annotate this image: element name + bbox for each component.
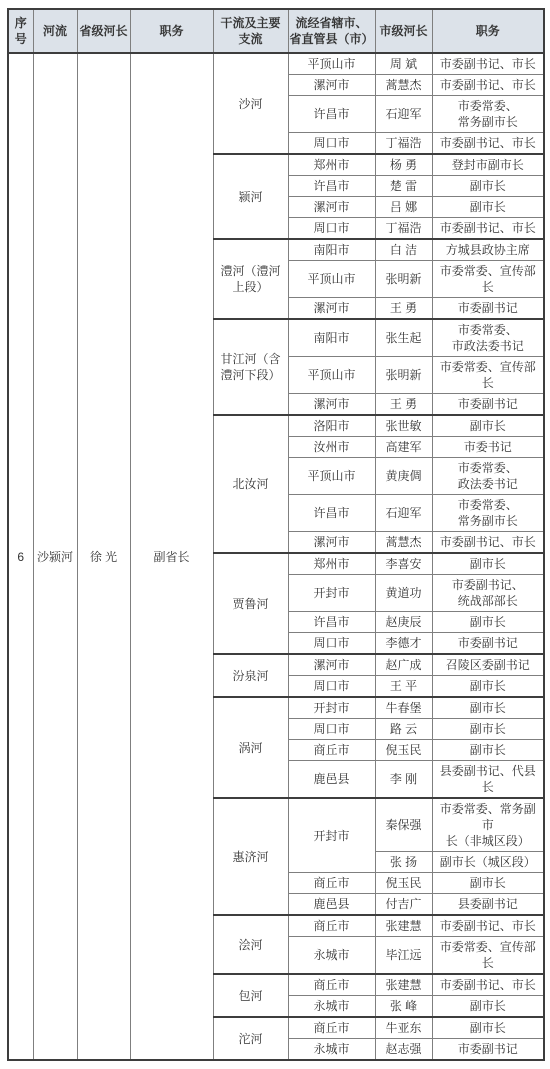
city-cell: 商丘市 bbox=[288, 873, 375, 894]
city-chief-cell: 秦保强 bbox=[375, 798, 432, 852]
city-chief-cell: 张明新 bbox=[375, 357, 432, 394]
city-chief-cell: 蒿慧杰 bbox=[375, 532, 432, 554]
city-chief-cell: 赵志强 bbox=[375, 1039, 432, 1061]
city-title-cell: 副市长 bbox=[432, 1017, 544, 1039]
city-cell: 平顶山市 bbox=[288, 53, 375, 75]
city-cell: 洛阳市 bbox=[288, 415, 375, 437]
city-chief-cell: 张 峰 bbox=[375, 996, 432, 1018]
city-cell: 平顶山市 bbox=[288, 261, 375, 298]
city-cell: 周口市 bbox=[288, 676, 375, 698]
tributary-cell: 浍河 bbox=[213, 915, 288, 974]
city-cell: 商丘市 bbox=[288, 915, 375, 937]
city-chief-cell: 张生起 bbox=[375, 319, 432, 357]
city-title-cell: 市委常委、 政法委书记 bbox=[432, 458, 544, 495]
tributary-cell: 沙河 bbox=[213, 53, 288, 154]
city-title-cell: 副市长 bbox=[432, 719, 544, 740]
river-chiefs-table: 序号 河流 省级河长 职务 干流及主要 支流 流经省辖市、 省直管县（市） 市级… bbox=[7, 8, 545, 1061]
city-title-cell: 县委副书记、代县长 bbox=[432, 761, 544, 799]
city-cell: 漯河市 bbox=[288, 75, 375, 96]
city-cell: 周口市 bbox=[288, 133, 375, 155]
city-chief-cell: 周 斌 bbox=[375, 53, 432, 75]
city-chief-cell: 赵广成 bbox=[375, 654, 432, 676]
city-title-cell: 市委书记 bbox=[432, 437, 544, 458]
city-title-cell: 市委常委、宣传部长 bbox=[432, 357, 544, 394]
city-chief-cell: 石迎军 bbox=[375, 96, 432, 133]
city-title-cell: 县委副书记 bbox=[432, 894, 544, 916]
city-chief-cell: 张建慧 bbox=[375, 974, 432, 996]
tributary-cell: 甘江河（含 澧河下段） bbox=[213, 319, 288, 415]
tributary-cell: 贾鲁河 bbox=[213, 553, 288, 654]
city-cell: 漯河市 bbox=[288, 298, 375, 320]
city-title-cell: 市委副书记、市长 bbox=[432, 915, 544, 937]
city-cell: 周口市 bbox=[288, 633, 375, 655]
table-header: 序号 河流 省级河长 职务 干流及主要 支流 流经省辖市、 省直管县（市） 市级… bbox=[8, 9, 544, 53]
city-title-cell: 市委副书记、市长 bbox=[432, 532, 544, 554]
city-chief-cell: 张明新 bbox=[375, 261, 432, 298]
table-row: 6沙颍河徐 光副省长沙河平顶山市周 斌市委副书记、市长 bbox=[8, 53, 544, 75]
city-title-cell: 市委常委、宣传部长 bbox=[432, 261, 544, 298]
city-cell: 商丘市 bbox=[288, 1017, 375, 1039]
city-chief-cell: 赵庚辰 bbox=[375, 612, 432, 633]
city-cell: 开封市 bbox=[288, 575, 375, 612]
city-chief-cell: 路 云 bbox=[375, 719, 432, 740]
city-chief-cell: 李喜安 bbox=[375, 553, 432, 575]
city-title-cell: 市委常委、 常务副市长 bbox=[432, 96, 544, 133]
city-chief-cell: 黄庚倜 bbox=[375, 458, 432, 495]
header-row: 序号 河流 省级河长 职务 干流及主要 支流 流经省辖市、 省直管县（市） 市级… bbox=[8, 9, 544, 53]
city-chief-cell: 王 勇 bbox=[375, 394, 432, 416]
city-title-cell: 市委副书记、市长 bbox=[432, 974, 544, 996]
city-cell: 鹿邑县 bbox=[288, 761, 375, 799]
city-cell: 周口市 bbox=[288, 218, 375, 240]
city-chief-cell: 张世敏 bbox=[375, 415, 432, 437]
document-table-container: 序号 河流 省级河长 职务 干流及主要 支流 流经省辖市、 省直管县（市） 市级… bbox=[0, 0, 550, 1069]
city-chief-cell: 高建军 bbox=[375, 437, 432, 458]
city-cell: 南阳市 bbox=[288, 239, 375, 261]
city-title-cell: 副市长 bbox=[432, 176, 544, 197]
tributary-cell: 涡河 bbox=[213, 697, 288, 798]
city-title-cell: 市委副书记 bbox=[432, 298, 544, 320]
tributary-cell: 澧河（澧河 上段） bbox=[213, 239, 288, 319]
city-title-cell: 副市长 bbox=[432, 612, 544, 633]
city-cell: 周口市 bbox=[288, 719, 375, 740]
city-cell: 鹿邑县 bbox=[288, 894, 375, 916]
city-cell: 平顶山市 bbox=[288, 357, 375, 394]
city-title-cell: 副市长 bbox=[432, 996, 544, 1018]
city-cell: 漯河市 bbox=[288, 394, 375, 416]
tributary-cell: 包河 bbox=[213, 974, 288, 1017]
col-header-provincial-title: 职务 bbox=[130, 9, 213, 53]
city-chief-cell: 付吉广 bbox=[375, 894, 432, 916]
city-cell: 许昌市 bbox=[288, 612, 375, 633]
city-chief-cell: 石迎军 bbox=[375, 495, 432, 532]
city-cell: 永城市 bbox=[288, 996, 375, 1018]
city-chief-cell: 李 刚 bbox=[375, 761, 432, 799]
provincial-chief-cell: 徐 光 bbox=[77, 53, 130, 1060]
tributary-cell: 颍河 bbox=[213, 154, 288, 239]
city-title-cell: 副市长 bbox=[432, 740, 544, 761]
city-title-cell: 市委常委、宣传部长 bbox=[432, 937, 544, 975]
city-chief-cell: 楚 雷 bbox=[375, 176, 432, 197]
city-title-cell: 副市长（城区段） bbox=[432, 852, 544, 873]
city-cell: 漯河市 bbox=[288, 654, 375, 676]
provincial-title-cell: 副省长 bbox=[130, 53, 213, 1060]
city-cell: 南阳市 bbox=[288, 319, 375, 357]
city-cell: 商丘市 bbox=[288, 974, 375, 996]
city-cell: 永城市 bbox=[288, 937, 375, 975]
city-title-cell: 副市长 bbox=[432, 197, 544, 218]
city-title-cell: 市委常委、 市政法委书记 bbox=[432, 319, 544, 357]
col-header-seq: 序号 bbox=[8, 9, 33, 53]
tributary-cell: 北汝河 bbox=[213, 415, 288, 553]
city-cell: 许昌市 bbox=[288, 495, 375, 532]
city-chief-cell: 杨 勇 bbox=[375, 154, 432, 176]
city-chief-cell: 倪玉民 bbox=[375, 873, 432, 894]
city-cell: 平顶山市 bbox=[288, 458, 375, 495]
city-title-cell: 市委副书记、市长 bbox=[432, 75, 544, 96]
tributary-cell: 汾泉河 bbox=[213, 654, 288, 697]
city-chief-cell: 张建慧 bbox=[375, 915, 432, 937]
col-header-city: 流经省辖市、 省直管县（市） bbox=[288, 9, 375, 53]
city-title-cell: 市委副书记、市长 bbox=[432, 218, 544, 240]
city-cell: 商丘市 bbox=[288, 740, 375, 761]
city-title-cell: 方城县政协主席 bbox=[432, 239, 544, 261]
city-title-cell: 市委副书记 bbox=[432, 1039, 544, 1061]
city-title-cell: 副市长 bbox=[432, 553, 544, 575]
city-title-cell: 召陵区委副书记 bbox=[432, 654, 544, 676]
city-chief-cell: 王 勇 bbox=[375, 298, 432, 320]
city-title-cell: 副市长 bbox=[432, 873, 544, 894]
col-header-river: 河流 bbox=[33, 9, 77, 53]
city-cell: 漯河市 bbox=[288, 197, 375, 218]
city-chief-cell: 倪玉民 bbox=[375, 740, 432, 761]
city-chief-cell: 丁福浩 bbox=[375, 218, 432, 240]
city-chief-cell: 毕江远 bbox=[375, 937, 432, 975]
city-chief-cell: 吕 娜 bbox=[375, 197, 432, 218]
city-chief-cell: 牛亚东 bbox=[375, 1017, 432, 1039]
city-title-cell: 市委副书记 bbox=[432, 394, 544, 416]
river-cell: 沙颍河 bbox=[33, 53, 77, 1060]
tributary-cell: 沱河 bbox=[213, 1017, 288, 1060]
seq-cell: 6 bbox=[8, 53, 33, 1060]
col-header-tributary: 干流及主要 支流 bbox=[213, 9, 288, 53]
city-chief-cell: 王 平 bbox=[375, 676, 432, 698]
city-cell: 漯河市 bbox=[288, 532, 375, 554]
page: { "colors": { "header_bg": "#dce2e9", "b… bbox=[0, 0, 550, 1069]
city-cell: 郑州市 bbox=[288, 553, 375, 575]
city-cell: 许昌市 bbox=[288, 96, 375, 133]
city-title-cell: 市委常委、常务副市 长（非城区段） bbox=[432, 798, 544, 852]
city-chief-cell: 蒿慧杰 bbox=[375, 75, 432, 96]
col-header-provincial-chief: 省级河长 bbox=[77, 9, 130, 53]
city-title-cell: 副市长 bbox=[432, 697, 544, 719]
city-cell: 开封市 bbox=[288, 697, 375, 719]
city-cell: 郑州市 bbox=[288, 154, 375, 176]
city-cell: 开封市 bbox=[288, 798, 375, 873]
city-title-cell: 市委副书记、市长 bbox=[432, 133, 544, 155]
city-title-cell: 副市长 bbox=[432, 676, 544, 698]
city-chief-cell: 白 洁 bbox=[375, 239, 432, 261]
city-cell: 许昌市 bbox=[288, 176, 375, 197]
col-header-city-chief: 市级河长 bbox=[375, 9, 432, 53]
city-chief-cell: 牛春堡 bbox=[375, 697, 432, 719]
city-title-cell: 市委副书记 bbox=[432, 633, 544, 655]
city-cell: 永城市 bbox=[288, 1039, 375, 1061]
table-body: 6沙颍河徐 光副省长沙河平顶山市周 斌市委副书记、市长漯河市蒿慧杰市委副书记、市… bbox=[8, 53, 544, 1060]
city-chief-cell: 李德才 bbox=[375, 633, 432, 655]
col-header-city-title: 职务 bbox=[432, 9, 544, 53]
city-chief-cell: 黄道功 bbox=[375, 575, 432, 612]
city-title-cell: 登封市副市长 bbox=[432, 154, 544, 176]
city-title-cell: 市委常委、 常务副市长 bbox=[432, 495, 544, 532]
city-title-cell: 副市长 bbox=[432, 415, 544, 437]
city-chief-cell: 张 扬 bbox=[375, 852, 432, 873]
city-title-cell: 市委副书记、 统战部部长 bbox=[432, 575, 544, 612]
city-chief-cell: 丁福浩 bbox=[375, 133, 432, 155]
city-title-cell: 市委副书记、市长 bbox=[432, 53, 544, 75]
city-cell: 汝州市 bbox=[288, 437, 375, 458]
tributary-cell: 惠济河 bbox=[213, 798, 288, 915]
